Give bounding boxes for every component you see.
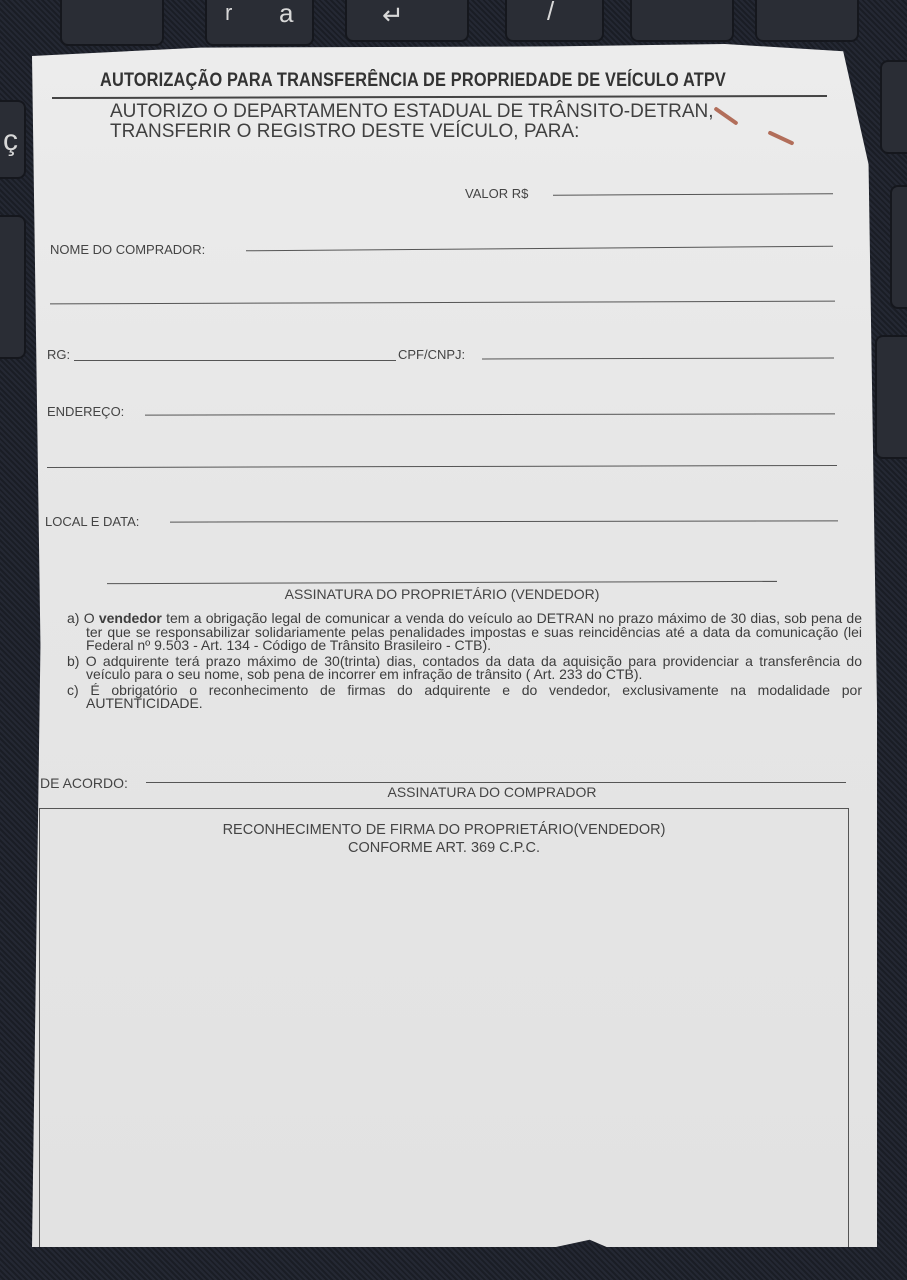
cpf-cnpj-field[interactable] xyxy=(482,358,834,360)
keyboard-key xyxy=(755,0,859,42)
buyer-signature-label: ASSINATURA DO COMPRADOR xyxy=(282,784,702,800)
nome-comprador-field-line-2[interactable] xyxy=(50,301,835,305)
local-data-field[interactable] xyxy=(170,520,838,522)
notary-title-line-2: CONFORME ART. 369 C.P.C. xyxy=(40,839,848,857)
seller-signature-label: ASSINATURA DO PROPRIETÁRIO (VENDEDOR) xyxy=(107,586,777,602)
keyboard-key xyxy=(60,0,164,46)
staple-mark xyxy=(713,106,738,125)
form-subtitle: AUTORIZO O DEPARTAMENTO ESTADUAL DE TRÂN… xyxy=(110,102,714,142)
keyboard-key-r-a: r a xyxy=(205,0,314,46)
local-data-label: LOCAL E DATA: xyxy=(45,514,139,529)
key-glyph-r: r xyxy=(225,0,232,26)
rg-field[interactable] xyxy=(74,360,396,361)
key-glyph-a: a xyxy=(279,0,293,29)
note-b: b) O adquirente terá prazo máximo de 30(… xyxy=(67,655,862,682)
key-glyph-c-cedilla: ç xyxy=(3,124,18,158)
de-acordo-label: DE ACORDO: xyxy=(40,775,128,791)
nome-comprador-label: NOME DO COMPRADOR: xyxy=(50,242,205,257)
buyer-signature-field[interactable] xyxy=(146,782,846,783)
note-a: a) O vendedor tem a obrigação legal de c… xyxy=(67,612,862,653)
endereco-field-line-2[interactable] xyxy=(47,465,837,468)
title-underline xyxy=(52,95,827,99)
staple-mark xyxy=(767,130,794,145)
valor-field[interactable] xyxy=(553,193,833,195)
enter-arrow-icon: ↵ xyxy=(382,0,404,31)
notary-title-line-1: RECONHECIMENTO DE FIRMA DO PROPRIETÁRIO(… xyxy=(40,821,848,839)
notary-box-title: RECONHECIMENTO DE FIRMA DO PROPRIETÁRIO(… xyxy=(40,821,848,857)
legal-notes: a) O vendedor tem a obrigação legal de c… xyxy=(48,612,862,713)
form-title: AUTORIZAÇÃO PARA TRANSFERÊNCIA DE PROPRI… xyxy=(100,70,726,92)
keyboard-key xyxy=(880,60,907,154)
keyboard-key-enter: ↵ xyxy=(345,0,469,42)
atpv-form-paper: AUTORIZAÇÃO PARA TRANSFERÊNCIA DE PROPRI… xyxy=(32,44,877,1247)
subtitle-line-2: TRANSFERIR O REGISTRO DESTE VEÍCULO, PAR… xyxy=(110,122,714,142)
subtitle-line-1: AUTORIZO O DEPARTAMENTO ESTADUAL DE TRÂN… xyxy=(110,102,714,122)
cpf-cnpj-label: CPF/CNPJ: xyxy=(398,347,465,362)
nome-comprador-field[interactable] xyxy=(246,246,833,252)
notary-recognition-box[interactable]: RECONHECIMENTO DE FIRMA DO PROPRIETÁRIO(… xyxy=(39,808,849,1254)
keyboard-key xyxy=(630,0,734,42)
note-c: c) É obrigatório o reconhecimento de fir… xyxy=(67,684,862,711)
key-glyph-slash: / xyxy=(547,0,554,27)
endereco-field[interactable] xyxy=(145,413,835,415)
seller-signature-field[interactable] xyxy=(107,581,777,584)
valor-label: VALOR R$ xyxy=(465,186,528,201)
rg-label: RG: xyxy=(47,347,70,362)
keyboard-key-slash: / xyxy=(505,0,604,42)
keyboard-key xyxy=(890,185,907,309)
keyboard-key-c-cedilla: ç xyxy=(0,100,26,179)
endereco-label: ENDEREÇO: xyxy=(47,404,124,419)
keyboard-key xyxy=(875,335,907,459)
keyboard-key xyxy=(0,215,26,359)
